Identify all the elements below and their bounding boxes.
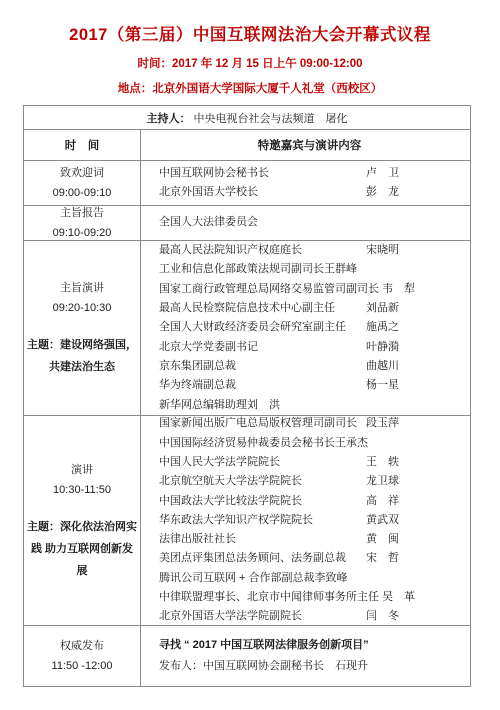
guest-title: 工业和信息化部政策法规司副司长王群峰 [159, 260, 366, 279]
guest-title: 北京大学党委副书记 [159, 338, 366, 357]
host-label: 主持人： [146, 110, 190, 126]
guest-title: 中国人民大学法学院院长 [159, 453, 366, 472]
session-name: 致欢迎词 [60, 163, 104, 183]
guest-row: 新华网总编辑助理刘 洪 [159, 396, 460, 415]
guest-title: 华为终端副总裁 [159, 376, 366, 395]
event-location: 地点：北京外国语大学国际大厦千人礼堂（西校区） [0, 80, 500, 96]
guest-row: 美团点评集团总法务顾问、法务副总裁宋 哲 [159, 549, 460, 568]
guest-name: 高 祥 [366, 492, 399, 511]
guest-row: 中律联盟理事长、北京市中闻律师事务所主任 吴 革 [159, 588, 460, 607]
guest-name: 施禹之 [366, 318, 399, 337]
guest-title: 腾讯公司互联网 + 合作部副总裁李致峰 [159, 569, 366, 588]
content-cell: 最高人民法院知识产权庭庭长宋晓明工业和信息化部政策法规司副司长王群峰国家工商行政… [140, 241, 470, 415]
guest-row: 华为终端副总裁杨一星 [159, 376, 460, 395]
host-row: 主持人： 中央电视台社会与法频道 屠化 [24, 106, 470, 129]
agenda-row: 主旨演讲09:20-10:30主题：建设网络强国， 共建法治生态最高人民法院知识… [24, 240, 470, 415]
guest-name: 刘品新 [366, 299, 399, 318]
guest-row: 最高人民检察院信息技术中心副主任刘品新 [159, 299, 460, 318]
agenda-row: 致欢迎词09:00-09:10中国互联网协会秘书长卢 卫北京外国语大学校长彭 龙 [24, 160, 470, 205]
content-cell: 全国人大法律委员会 [140, 206, 470, 240]
guest-name: 卢 卫 [366, 164, 399, 183]
guest-name: 黄武双 [366, 511, 399, 530]
event-time: 时间：2017 年 12 月 15 日上午 09:00-12:00 [0, 55, 500, 71]
guest-row: 北京外国语大学校长彭 龙 [159, 183, 460, 202]
guest-row: 全国人大法律委员会 [159, 213, 460, 232]
guest-title: 国家工商行政管理总局网络交易监管司副司长 [159, 280, 382, 299]
guest-title: 中国国际经济贸易仲裁委员会秘书长王承杰 [159, 434, 368, 453]
guest-row: 工业和信息化部政策法规司副司长王群峰 [159, 260, 460, 279]
agenda-row: 主旨报告09:10-09:20全国人大法律委员会 [24, 205, 470, 240]
page-title: 2017（第三届）中国互联网法治大会开幕式议程 [0, 21, 500, 45]
guest-row: 中国人民大学法学院院长王 轶 [159, 453, 460, 472]
guest-title: 中律联盟理事长、北京市中闻律师事务所主任 [159, 588, 382, 607]
column-header-time: 时 间 [24, 130, 140, 160]
guest-name: 叶静漪 [366, 338, 399, 357]
guest-title: 北京航空航天大学法学院院长 [159, 472, 366, 491]
guest-name: 闫 冬 [366, 607, 399, 626]
session-time: 11:50 -12:00 [52, 656, 113, 676]
guest-row: 京东集团副总裁曲越川 [159, 357, 460, 376]
guest-row: 全国人大财政经济委员会研究室副主任施禹之 [159, 318, 460, 337]
guest-row: 法律出版社社长黄 闽 [159, 530, 460, 549]
session-cell: 权威发布11:50 -12:00 [24, 626, 140, 686]
guest-row: 国家新闻出版广电总局版权管理司副司长段玉萍 [159, 414, 460, 433]
guest-row: 国家工商行政管理总局网络交易监管司副司长 韦 犁 [159, 280, 460, 299]
guest-row: 腾讯公司互联网 + 合作部副总裁李致峰 [159, 569, 460, 588]
guest-name: 韦 犁 [382, 280, 415, 299]
guest-title: 中国政法大学比较法学院院长 [159, 492, 366, 511]
guest-name: 杨一星 [366, 376, 399, 395]
guest-row: 北京外国语大学法学院副院长闫 冬 [159, 607, 460, 626]
guest-name: 段玉萍 [366, 414, 399, 433]
session-time: 09:10-09:20 [53, 223, 112, 243]
guest-title: 最高人民检察院信息技术中心副主任 [159, 299, 366, 318]
agenda-row: 权威发布11:50 -12:00寻找 “ 2017 中国互联网法律服务创新项目”… [24, 625, 470, 686]
guest-title: 美团点评集团总法务顾问、法务副总裁 [159, 549, 366, 568]
session-cell: 主旨报告09:10-09:20 [24, 206, 140, 240]
session-cell: 致欢迎词09:00-09:10 [24, 161, 140, 205]
session-time: 09:00-09:10 [53, 183, 112, 203]
guest-name: 彭 龙 [366, 183, 399, 202]
guest-name: 黄 闽 [366, 530, 399, 549]
announcement-presenter: 发布人：中国互联网协会副秘书长 石现升 [159, 656, 460, 677]
session-time: 10:30-11:50 [53, 480, 111, 500]
guest-row: 华东政法大学知识产权学院院长黄武双 [159, 511, 460, 530]
guest-title: 北京外国语大学法学院副院长 [159, 607, 366, 626]
guest-title: 法律出版社社长 [159, 530, 366, 549]
content-cell: 国家新闻出版广电总局版权管理司副司长段玉萍中国国际经济贸易仲裁委员会秘书长王承杰… [140, 416, 470, 625]
session-name: 主旨演讲 [60, 278, 104, 298]
guest-name: 王 轶 [366, 453, 399, 472]
agenda-table: 主持人： 中央电视台社会与法频道 屠化 时 间 特邀嘉宾与演讲内容 致欢迎词09… [23, 105, 471, 687]
content-cell: 寻找 “ 2017 中国互联网法律服务创新项目”发布人：中国互联网协会副秘书长 … [140, 626, 470, 686]
session-name: 主旨报告 [60, 203, 104, 223]
session-theme: 主题：建设网络强国， 共建法治生态 [27, 334, 137, 378]
guest-title: 全国人大法律委员会 [159, 213, 366, 232]
guest-title: 国家新闻出版广电总局版权管理司副司长 [159, 414, 366, 433]
guest-row: 中国互联网协会秘书长卢 卫 [159, 164, 460, 183]
guest-title: 北京外国语大学校长 [159, 183, 366, 202]
session-theme: 主题：深化依法治网实践 助力互联网创新发展 [27, 516, 137, 582]
session-name: 演讲 [71, 460, 93, 480]
guest-title: 华东政法大学知识产权学院院长 [159, 511, 366, 530]
announcement-title: 寻找 “ 2017 中国互联网法律服务创新项目” [159, 635, 460, 656]
guest-name: 宋 哲 [366, 549, 399, 568]
column-header-content: 特邀嘉宾与演讲内容 [140, 130, 470, 160]
guest-title: 中国互联网协会秘书长 [159, 164, 366, 183]
guest-name: 龙卫球 [366, 472, 399, 491]
guest-name: 曲越川 [366, 357, 399, 376]
guest-row: 北京航空航天大学法学院院长龙卫球 [159, 472, 460, 491]
guest-title: 新华网总编辑助理刘 洪 [159, 396, 366, 415]
session-cell: 主旨演讲09:20-10:30主题：建设网络强国， 共建法治生态 [24, 241, 140, 415]
table-header-row: 时 间 特邀嘉宾与演讲内容 [24, 129, 470, 160]
host-value: 中央电视台社会与法频道 屠化 [190, 110, 347, 126]
guest-name: 宋晓明 [366, 241, 399, 260]
guest-name: 吴 革 [382, 588, 415, 607]
guest-row: 最高人民法院知识产权庭庭长宋晓明 [159, 241, 460, 260]
session-cell: 演讲10:30-11:50主题：深化依法治网实践 助力互联网创新发展 [24, 416, 140, 625]
guest-title: 京东集团副总裁 [159, 357, 366, 376]
agenda-row: 演讲10:30-11:50主题：深化依法治网实践 助力互联网创新发展国家新闻出版… [24, 415, 470, 625]
guest-row: 北京大学党委副书记叶静漪 [159, 338, 460, 357]
guest-title: 全国人大财政经济委员会研究室副主任 [159, 318, 366, 337]
content-cell: 中国互联网协会秘书长卢 卫北京外国语大学校长彭 龙 [140, 161, 470, 205]
session-time: 09:20-10:30 [53, 298, 112, 318]
guest-title: 最高人民法院知识产权庭庭长 [159, 241, 366, 260]
guest-row: 中国国际经济贸易仲裁委员会秘书长王承杰 [159, 434, 460, 453]
agenda-rows: 致欢迎词09:00-09:10中国互联网协会秘书长卢 卫北京外国语大学校长彭 龙… [24, 160, 470, 686]
session-name: 权威发布 [60, 636, 104, 656]
guest-row: 中国政法大学比较法学院院长高 祥 [159, 492, 460, 511]
